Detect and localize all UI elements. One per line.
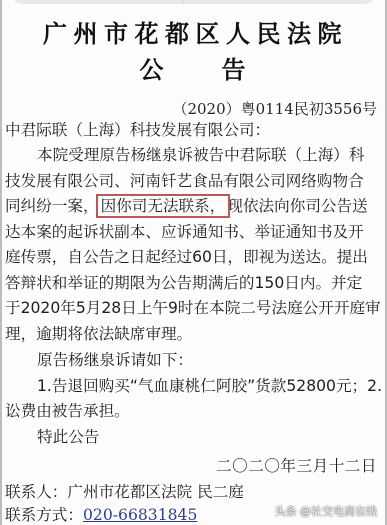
paragraph-line: 技发展有限公司、河南钎艺食品有限公司网络购物合 <box>5 169 383 195</box>
paragraph-line: 本院受理原告杨继泉诉被告中君际联（上海）科 <box>5 143 383 169</box>
claims-line: 1.告退回购买“气血康桃仁阿胶”货款52800元；2. <box>5 374 383 400</box>
notice-paragraph: 本院受理原告杨继泉诉被告中君际联（上海）科 技发展有限公司、河南钎艺食品有限公司… <box>5 143 383 347</box>
claims-line: 讼费由被告承担。 <box>5 399 383 425</box>
notice-title: 公告 <box>2 50 385 85</box>
highlighted-phrase: 因你司无法联系， <box>99 197 228 215</box>
contact-method-label: 联系方式： <box>5 506 83 524</box>
closing-text: 特此公告 <box>5 425 383 451</box>
contact-person-value: 广州市花都区法院 民二庭 <box>67 483 244 501</box>
top-toolbar-strip <box>12 0 375 4</box>
phone-link[interactable]: 020-66831845 <box>83 506 197 524</box>
paragraph-line: 达本案的起诉状副本、应诉通知书、举证通知书及开 <box>5 220 383 246</box>
contact-method: 联系方式：020-66831845 <box>5 503 197 525</box>
watermark: 头条 @社交电商在线 <box>275 503 378 519</box>
case-number: （2020）粤0114民初3556号 <box>172 98 377 119</box>
paragraph-text-after: 现依法向你司公告送 <box>227 197 367 215</box>
paragraph-line-highlighted: 同纠纷一案，因你司无法联系，现依法向你司公告送 <box>5 194 383 220</box>
toolbar-divider <box>182 0 183 4</box>
paragraph-line: 庭传票，自公告之日起经过60日，即视为送达。提出 <box>5 245 383 271</box>
paragraph-text-before: 同纠纷一案， <box>5 197 99 215</box>
court-name-heading: 广州市花都区人民法院 <box>2 14 385 49</box>
addressee: 中君际联（上海）科技发展有限公司： <box>5 118 383 144</box>
contact-person-label: 联系人： <box>5 483 67 501</box>
paragraph-line: 于2020年5月28日上午9时在本院二号法庭公开开庭审 <box>5 296 383 322</box>
claims-section: 原告杨继泉诉请如下： 1.告退回购买“气血康桃仁阿胶”货款52800元；2. 讼… <box>5 348 383 450</box>
notice-document: 广州市花都区人民法院 公告 （2020）粤0114民初3556号 中君际联（上海… <box>0 0 387 525</box>
contact-person: 联系人：广州市花都区法院 民二庭 <box>5 480 244 502</box>
addressee-line: 中君际联（上海）科技发展有限公司： <box>5 118 383 144</box>
paragraph-line: 理，逾期将依法缺席审理。 <box>5 322 383 348</box>
claims-intro: 原告杨继泉诉请如下： <box>5 348 383 374</box>
notice-date: 二〇二〇年三月十二日 <box>216 454 377 476</box>
paragraph-line: 答辩状和举证的期限为公告期满后的150日内。并定 <box>5 271 383 297</box>
